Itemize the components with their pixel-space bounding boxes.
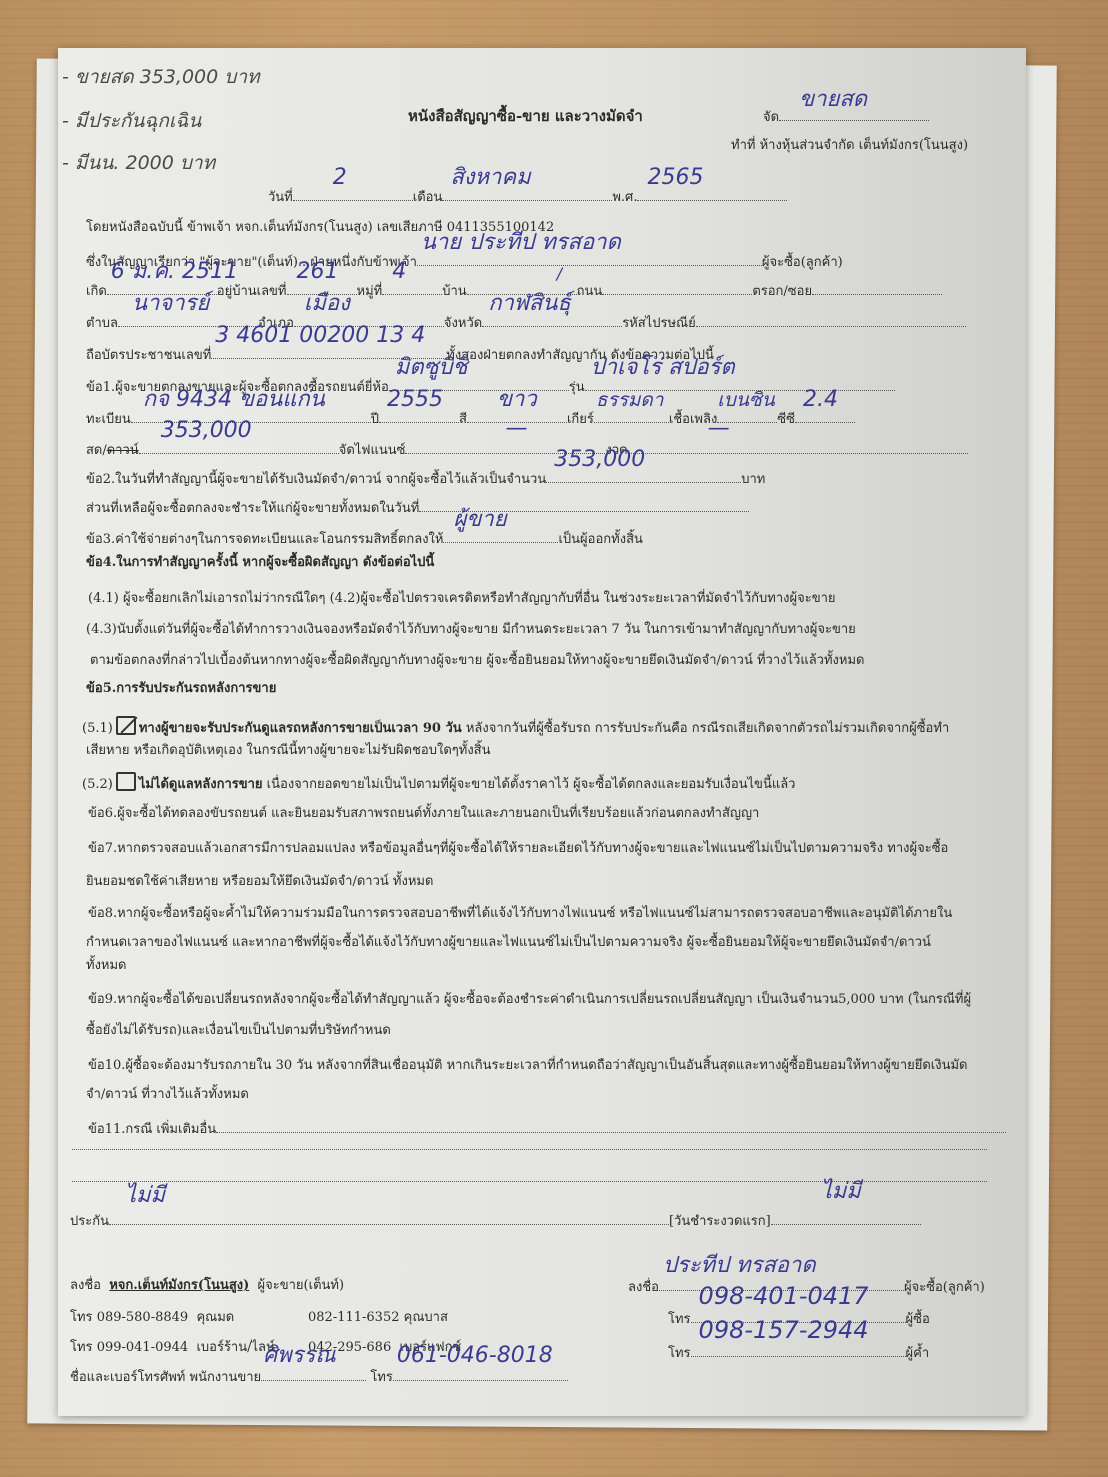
clause8-line-2: กำหนดเวลาของไฟแนนซ์ และหากอาชีพที่ผู้จะซ…: [86, 935, 931, 951]
contact-1-phone: 089-580-8849: [97, 1310, 189, 1325]
brand-value: มิตซูบิชิ: [395, 360, 468, 376]
first-payment-value: ไม่มี: [821, 1184, 861, 1200]
staff-phone-value: 061-046-8018: [397, 1348, 553, 1364]
clause2-text: ข้อ2.ในวันที่ทำสัญญานี้ผู้จะขายได้รับเงิ…: [86, 472, 546, 487]
gear-value: ธรรมดา: [596, 392, 664, 408]
margin-note-2: - มีประกันฉุกเฉิน: [62, 106, 201, 136]
margin-note-1: - ขายสด 353,000 บาท: [62, 62, 260, 92]
warranty-90-checkbox[interactable]: [116, 716, 136, 735]
soi-label: ตรอก/ซอย: [752, 284, 812, 299]
installment-value: —: [708, 421, 730, 437]
first-payment-line[interactable]: ไม่มี: [771, 1210, 921, 1225]
color-value: ขาว: [497, 392, 537, 408]
model-value: ปาเจโร่ สปอร์ต: [591, 360, 735, 376]
finance-value: —: [505, 421, 527, 437]
color-label: สี: [459, 412, 467, 427]
guarantor-phone-row: โทร098-157-2944ผู้ค้ำ: [668, 1342, 929, 1362]
insurance-value: ไม่มี: [125, 1188, 165, 1204]
guarantor-phone-label: โทร: [668, 1346, 691, 1361]
clause5-option-1: (5.1)ทางผู้ขายจะรับประกันดูแลรถหลังการขา…: [82, 716, 949, 737]
opt1-text: หลังจากวันที่ผู้ซื้อรับรถ การรับประกันคื…: [462, 721, 950, 736]
no-warranty-checkbox[interactable]: [116, 772, 136, 791]
buyer-sign-label: ลงชื่อ: [628, 1280, 659, 1295]
year-line[interactable]: 2565: [637, 186, 787, 201]
buyer-phone-value: 098-401-0417: [699, 1288, 869, 1304]
contact-3-label: โทร: [70, 1340, 93, 1355]
born-value: 6 ม.ค. 2511: [111, 264, 238, 280]
clause2-row-1: ข้อ2.ในวันที่ทำสัญญานี้ผู้จะขายได้รับเงิ…: [86, 468, 765, 488]
cash-value: 353,000: [161, 423, 252, 439]
subdistrict-value: นาจารย์: [132, 296, 209, 312]
made-at: ทำที่ ห้างหุ้นส่วนจำกัด เต็นท์มังกร(โนนส…: [731, 138, 968, 154]
house-no-label: อยู่บ้านเลขที่: [217, 284, 287, 299]
seller-sign-row: ลงชื่อ หจก.เต็นท์มังกร(โนนสูง) ผู้จะขาย(…: [70, 1278, 344, 1294]
clause9-line-2: ซื้อยังไม่ได้รับรถ)และเงื่อนไขเป็นไปตามท…: [86, 1023, 391, 1039]
month-value: สิงหาคม: [450, 170, 530, 186]
month-line[interactable]: สิงหาคม: [442, 186, 612, 201]
buyer-phone-label: โทร: [668, 1312, 691, 1327]
born-label: เกิด: [86, 284, 107, 299]
clause8-line-3: ทั้งหมด: [86, 958, 127, 974]
clause4-line-2: (4.3)นับตั้งแต่วันที่ผู้จะซื้อได้ทำการวา…: [86, 622, 856, 638]
seller-contact-3: โทร 099-041-0944 เบอร์ร้าน/ไลน์: [70, 1340, 275, 1356]
margin-note-3: - มีนน. 2000 บาท: [62, 148, 215, 178]
clause5-option-2: (5.2)ไม่ได้ดูแลหลังการขาย เนื่องจากยอดขา…: [82, 772, 795, 793]
month-label: เดือน: [413, 190, 443, 205]
buyer-name-value: นาย ประทีป ทรสอาด: [421, 235, 621, 251]
contact-2-phone: 082-111-6352: [308, 1310, 400, 1325]
model-label: รุ่น: [569, 380, 585, 395]
day-label: วันที่: [268, 190, 293, 205]
village-value: /: [557, 266, 562, 282]
house-no-value: 261: [297, 264, 339, 280]
cc-value: 2.4: [803, 392, 838, 408]
staff-phone-label: โทร: [370, 1370, 393, 1385]
car-year-line[interactable]: 2555: [379, 408, 459, 423]
staff-name-value: ศิพรรณ: [263, 1348, 336, 1364]
deposit-value: 353,000: [554, 452, 645, 468]
guarantor-phone-role: ผู้ค้ำ: [906, 1346, 930, 1361]
clause11-row: ข้อ11.กรณี เพิ่มเติมอื่น: [88, 1118, 1006, 1138]
clause3-row: ข้อ3.ค่าใช้จ่ายต่างๆในการจดทะเบียนและโอน…: [86, 528, 643, 548]
staff-phone-line[interactable]: 061-046-8018: [393, 1366, 568, 1381]
document-title: หนังสือสัญญาซื้อ-ขาย และวางมัดจำ: [408, 104, 643, 128]
opt2-text: เนื่องจากยอดขายไม่เป็นไปตามที่ผู้จะขายได…: [263, 777, 796, 792]
guarantor-phone-value: 098-157-2944: [699, 1322, 869, 1338]
seller-role: ผู้จะขาย(เต็นท์): [258, 1278, 345, 1293]
insurance-label: ประกัน: [70, 1214, 109, 1229]
jad-line[interactable]: ขายสด: [779, 106, 929, 121]
postal-label: รหัสไปรษณีย์: [622, 316, 696, 331]
opt1-bold-text: ทางผู้ขายจะรับประกันดูแลรถหลังการขายเป็น…: [139, 721, 462, 736]
province-label: จังหวัด: [444, 316, 482, 331]
clause10-line-2: จำ/ดาวน์ ที่วางไว้แล้วทั้งหมด: [86, 1087, 249, 1103]
staff-label: ชื่อและเบอร์โทรศัพท์ พนักงานขาย: [70, 1370, 261, 1385]
buyer-suffix: ผู้จะซื้อ(ลูกค้า): [762, 255, 843, 270]
car-year-label: ปี: [371, 412, 379, 427]
province-value: กาฬสินธุ์: [488, 296, 571, 312]
clause10-line-1: ข้อ10.ผู้ซื้อจะต้องมารับรถภายใน 30 วัน ห…: [88, 1058, 967, 1074]
subdistrict-label: ตำบล: [86, 316, 118, 331]
opt2-number: (5.2): [82, 777, 113, 792]
deposit-line[interactable]: 353,000: [546, 468, 741, 483]
seller-sign-label: ลงชื่อ: [70, 1278, 101, 1293]
buyer-phone-role: ผู้ซื้อ: [906, 1312, 930, 1327]
staff-row: ชื่อและเบอร์โทรศัพท์ พนักงานขายศิพรรณ โท…: [70, 1366, 568, 1386]
jad-label: จัด: [763, 110, 779, 125]
finance-label: จัดไฟแนนซ์: [339, 443, 406, 458]
clause8-line-1: ข้อ8.หากผู้จะซื้อหรือผู้จะค้ำไม่ให้ความร…: [88, 906, 952, 922]
soi-line[interactable]: [812, 280, 942, 295]
clause2-row-2: ส่วนที่เหลือผู้จะซื้อตกลงจะชำระให้แก่ผู้…: [86, 497, 749, 517]
clause9-line-1: ข้อ9.หากผู้จะซื้อได้ขอเปลี่ยนรถหลังจากผู…: [88, 992, 971, 1008]
clause3-text: ข้อ3.ค่าใช้จ่ายต่างๆในการจดทะเบียนและโอน…: [86, 532, 443, 547]
contact-1-label: โทร: [70, 1310, 93, 1325]
year-label: พ.ศ.: [612, 190, 637, 205]
seller-name: หจก.เต็นท์มังกร(โนนสูง): [109, 1278, 249, 1293]
contact-1-name: คุณมด: [196, 1310, 234, 1325]
village-label: บ้าน: [442, 284, 466, 299]
cash-label: สด/: [86, 443, 107, 458]
installment-line[interactable]: —: [628, 439, 968, 454]
remainder-text: ส่วนที่เหลือผู้จะซื้อตกลงจะชำระให้แก่ผู้…: [86, 501, 419, 516]
clause6: ข้อ6.ผู้จะซื้อได้ทดลองขับรถยนต์ และยินยอ…: [88, 806, 759, 822]
opt2-bold-text: ไม่ได้ดูแลหลังการขาย: [139, 777, 263, 792]
moo-value: 4: [392, 264, 406, 280]
buyer-role: ผู้จะซื้อ(ลูกค้า): [904, 1280, 985, 1295]
insurance-line[interactable]: ไม่มี: [109, 1210, 669, 1225]
day-value: 2: [333, 170, 347, 186]
cash-line[interactable]: 353,000: [139, 439, 339, 454]
clause5-option-1-line2: เสียหาย หรือเกิดอุบัติเหตุเอง ในกรณีนี้ท…: [86, 743, 491, 759]
id-label: ถือบัตรประชาชนเลขที่: [86, 348, 211, 363]
moo-line[interactable]: 4: [382, 280, 442, 295]
cc-label: ซีซี: [777, 412, 795, 427]
seller-contact-2: 082-111-6352 คุณบาส: [308, 1310, 448, 1326]
clause3-suffix: เป็นผู้ออกทั้งสิ้น: [558, 532, 642, 547]
cc-line[interactable]: 2.4: [795, 408, 855, 423]
buyer-signature: ประทีป ทรสอาด: [663, 1258, 816, 1274]
insurance-row: ประกันไม่มี[วันชำระงวดแรก]ไม่มี: [70, 1210, 921, 1230]
car-year-value: 2555: [387, 392, 443, 408]
buyer-name-line[interactable]: นาย ประทีป ทรสอาด: [417, 251, 762, 266]
fee-payer-value: ผู้ขาย: [453, 512, 506, 528]
year-value: 2565: [647, 170, 703, 186]
seller-contact-1: โทร 089-580-8849 คุณมด: [70, 1310, 234, 1326]
gear-line[interactable]: ธรรมดา: [594, 408, 669, 423]
province-line[interactable]: กาฬสินธุ์: [482, 312, 622, 327]
clause1-row-3: สด/ดาวน์353,000จัดไฟแนนซ์—งวด—: [86, 439, 968, 459]
district-value: เมือง: [304, 296, 350, 312]
guarantor-phone-line[interactable]: 098-157-2944: [691, 1342, 906, 1357]
clause11-label: ข้อ11.กรณี เพิ่มเติมอื่น: [88, 1122, 216, 1137]
gear-label: เกียร์: [567, 412, 594, 427]
clause4-heading: ข้อ4.ในการทำสัญญาครั้งนี้ หากผู้จะซื้อผิ…: [86, 555, 434, 571]
first-payment-label: [วันชำระงวดแรก]: [669, 1214, 771, 1229]
clause4-line-1: (4.1) ผู้จะซื้อยกเลิกไม่เอารถไม่ว่ากรณีใ…: [88, 591, 836, 607]
clause11-line-1[interactable]: [216, 1118, 1006, 1133]
road-label: ถนน: [577, 284, 603, 299]
deposit-unit: บาท: [741, 472, 765, 487]
clause5-heading: ข้อ5.การรับประกันรถหลังการขาย: [86, 681, 276, 697]
moo-label: หมู่ที่: [357, 284, 383, 299]
down-label-struck: ดาวน์: [107, 443, 139, 458]
clause4-line-3: ตามข้อตกลงที่กล่าวไปเบื้องต้นหากทางผู้จะ…: [90, 653, 864, 669]
day-line[interactable]: 2: [293, 186, 413, 201]
contract-document: - ขายสด 353,000 บาท - มีประกันฉุกเฉิน - …: [58, 48, 1026, 1416]
plate-label: ทะเบียน: [86, 412, 131, 427]
road-line[interactable]: [602, 280, 752, 295]
clause7-line-2: ยินยอมชดใช้ค่าเสียหาย หรือยอมให้ยึดเงินม…: [86, 874, 433, 890]
fee-payer-line[interactable]: ผู้ขาย: [443, 528, 558, 543]
fuel-value: เบนซิน: [717, 392, 774, 408]
date-row: วันที่2เดือนสิงหาคมพ.ศ.2565: [268, 186, 787, 206]
plate-value: กจ 9434 ขอนแก่น: [143, 392, 325, 408]
jad-field: จัดขายสด: [763, 106, 929, 126]
staff-name-line[interactable]: ศิพรรณ: [261, 1366, 366, 1381]
clause11-line-2[interactable]: [72, 1149, 987, 1150]
id-value: 3 4601 00200 13 4: [215, 328, 425, 344]
opt1-number: (5.1): [82, 721, 113, 736]
contact-3-phone: 099-041-0944: [97, 1340, 189, 1355]
jad-value: ขายสด: [799, 92, 867, 108]
postal-line[interactable]: [696, 312, 966, 327]
contact-2-name: คุณบาส: [404, 1310, 448, 1325]
clause7-line-1: ข้อ7.หากตรวจสอบแล้วเอกสารมีการปลอมแปลง ห…: [88, 841, 948, 857]
